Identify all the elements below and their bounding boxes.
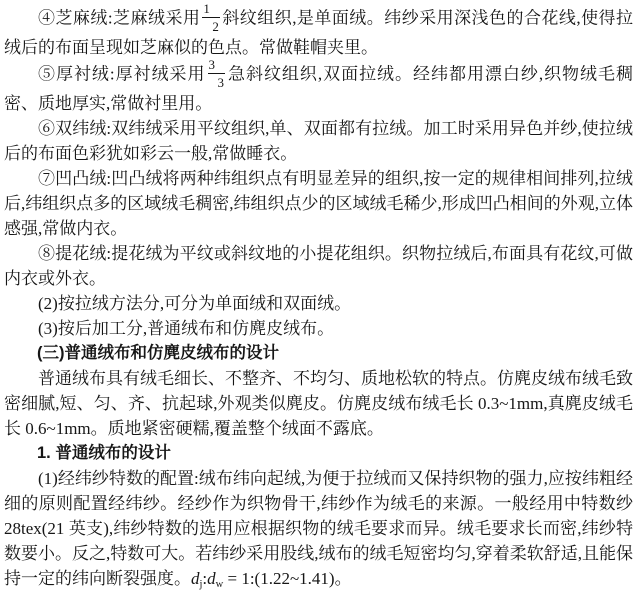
- stacked-fraction: 33: [208, 58, 226, 89]
- section-heading: (三)普通绒布和仿麂皮绒布的设计: [4, 341, 633, 366]
- math-variable-base: d: [191, 569, 200, 588]
- math-variable-base: d: [207, 569, 216, 588]
- math-variable: dw: [207, 569, 223, 588]
- text-run: = 1:(1.22~1.41)。: [223, 569, 351, 588]
- fraction-numerator: 3: [208, 58, 226, 73]
- fraction-numerator: 1: [202, 2, 220, 17]
- text-run: (三)普通绒布和仿麂皮绒布的设计: [37, 344, 279, 362]
- text-run: (3)按后加工分,普通绒布和仿麂皮绒布。: [38, 319, 334, 338]
- paragraph: 普通绒布具有绒毛细长、不整齐、不均匀、质地松软的特点。仿麂皮绒布绒毛致密细腻,短…: [4, 366, 633, 441]
- document-page: ④芝麻绒:芝麻绒采用12斜纹组织,是单面绒。纬纱采用深浅色的合花线,使得拉绒后的…: [0, 0, 638, 598]
- paragraph: (2)按拉绒方法分,可分为单面绒和双面绒。: [4, 291, 633, 316]
- paragraph: ⑤厚衬绒:厚衬绒采用33急斜纹组织,双面拉绒。经纬都用漂白纱,织物绒毛稠密、质地…: [4, 60, 633, 116]
- paragraph: (1)经纬纱特数的配置:绒布纬向起绒,为便于拉绒而又保持织物的强力,应按纬粗经细…: [4, 466, 633, 597]
- paragraph: ⑥双纬绒:双纬绒采用平纹组织,单、双面都有拉绒。加工时采用异色并纱,使拉绒后的布…: [4, 116, 633, 166]
- stacked-fraction: 12: [202, 2, 220, 33]
- text-run: ⑥双纬绒:双纬绒采用平纹组织,单、双面都有拉绒。加工时采用异色并纱,使拉绒后的布…: [4, 119, 633, 163]
- text-run: (2)按拉绒方法分,可分为单面绒和双面绒。: [38, 294, 351, 313]
- text-run: ⑧提花绒:提花绒为平纹或斜纹地的小提花组织。织物拉绒后,布面具有花纹,可做内衣或…: [4, 244, 633, 288]
- paragraph: ⑧提花绒:提花绒为平纹或斜纹地的小提花组织。织物拉绒后,布面具有花纹,可做内衣或…: [4, 241, 633, 291]
- paragraph: (3)按后加工分,普通绒布和仿麂皮绒布。: [4, 316, 633, 341]
- text-run: 1. 普通绒布的设计: [37, 444, 171, 462]
- section-heading: 1. 普通绒布的设计: [4, 441, 633, 466]
- paragraph: ④芝麻绒:芝麻绒采用12斜纹组织,是单面绒。纬纱采用深浅色的合花线,使得拉绒后的…: [4, 4, 633, 60]
- document-body: ④芝麻绒:芝麻绒采用12斜纹组织,是单面绒。纬纱采用深浅色的合花线,使得拉绒后的…: [4, 4, 633, 597]
- text-run: ⑤厚衬绒:厚衬绒采用: [38, 64, 206, 83]
- text-run: ⑦凹凸绒:凹凸绒将两种纬组织点有明显差异的组织,按一定的规律相间排列,拉绒后,纬…: [4, 169, 633, 238]
- text-run: 普通绒布具有绒毛细长、不整齐、不均匀、质地松软的特点。仿麂皮绒布绒毛致密细腻,短…: [4, 369, 633, 438]
- fraction-denominator: 3: [208, 73, 226, 89]
- paragraph: ⑦凹凸绒:凹凸绒将两种纬组织点有明显差异的组织,按一定的规律相间排列,拉绒后,纬…: [4, 166, 633, 241]
- math-variable: dj: [191, 569, 202, 588]
- text-run: ④芝麻绒:芝麻绒采用: [38, 8, 200, 27]
- fraction-denominator: 2: [202, 17, 220, 33]
